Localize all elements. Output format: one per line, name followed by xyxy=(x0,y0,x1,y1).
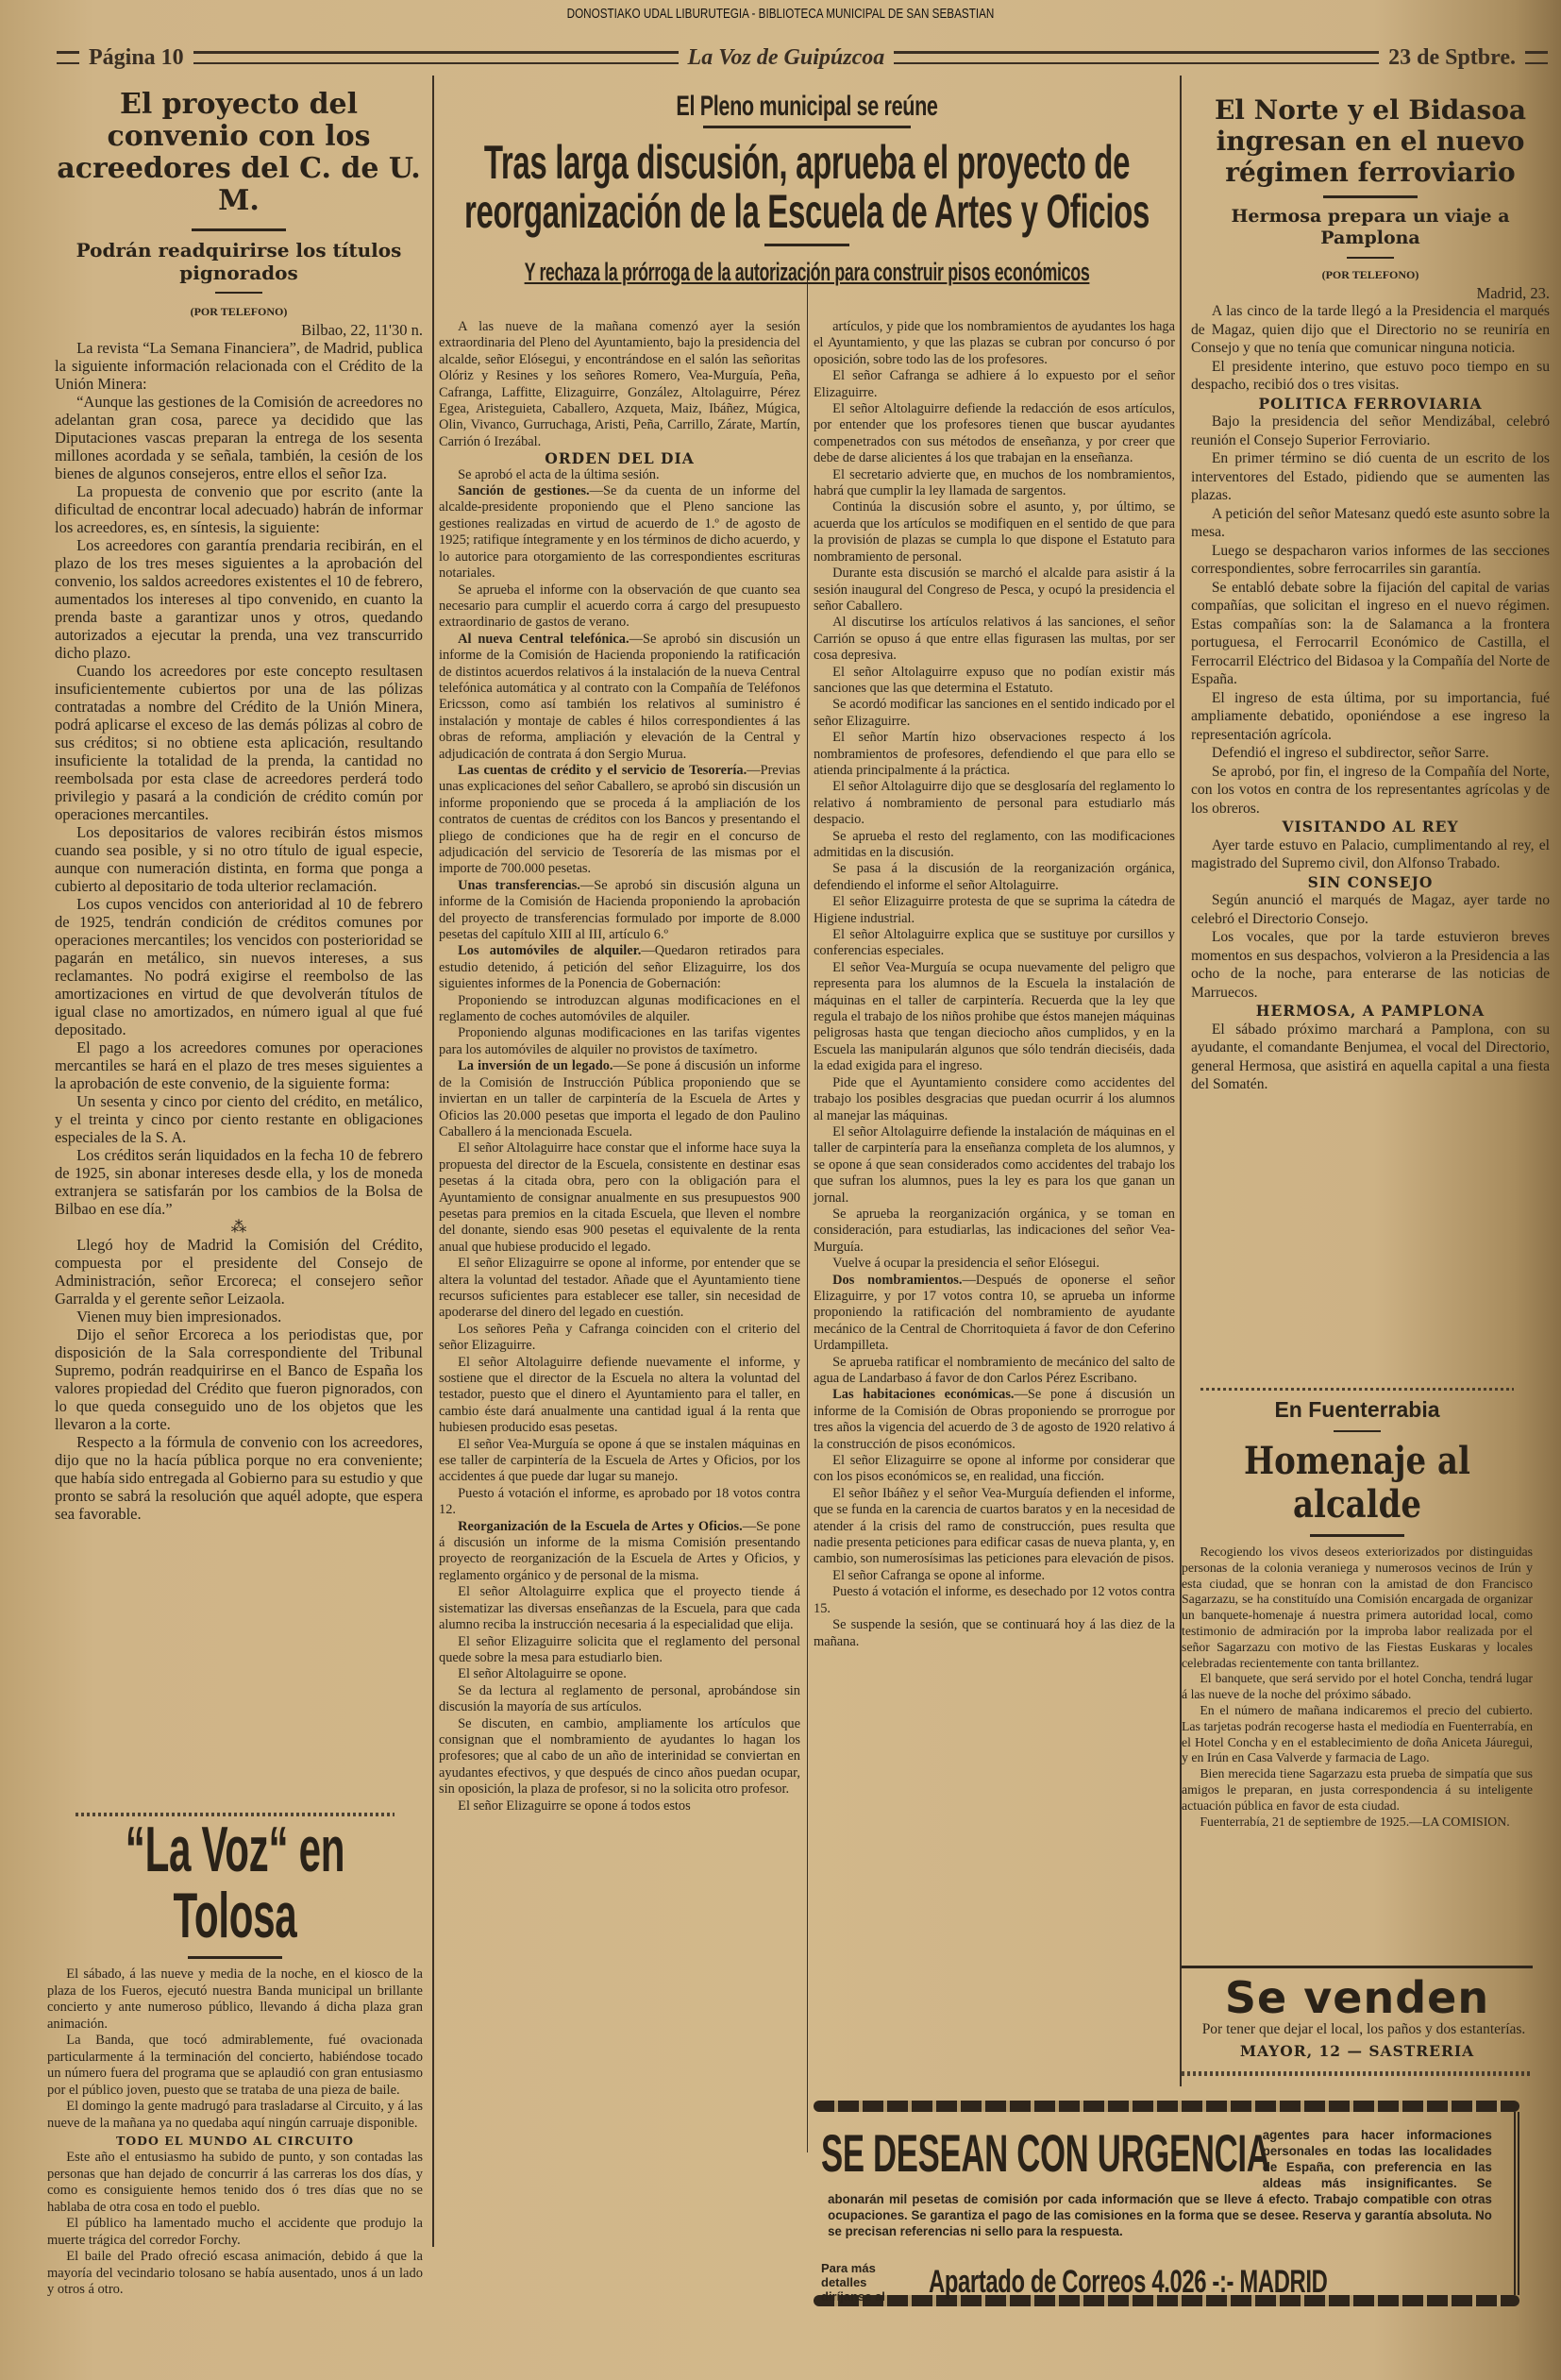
library-banner: DONOSTIAKO UDAL LIBURUTEGIA - BIBLIOTECA… xyxy=(172,6,1389,22)
paragraph: Dos nombramientos.—Después de oponerse e… xyxy=(814,1273,1175,1355)
paragraph: Bien merecida tiene Sagarzazu esta prueb… xyxy=(1182,1766,1533,1814)
paragraph: El señor Altolaguirre expuso que no podí… xyxy=(814,665,1175,698)
paragraph: La Banda, que tocó admirablemente, fué o… xyxy=(47,2033,423,2099)
paragraph-text: El señor Elizaguirre se opone al informe… xyxy=(439,1256,800,1320)
ornament-rule xyxy=(1200,1388,1514,1391)
paragraph-lead: Las cuentas de crédito y el servicio de … xyxy=(458,763,747,778)
section-subhead: POLITICA FERROVIARIA xyxy=(1191,395,1550,414)
paragraph: Se discuten, en cambio, ampliamente los … xyxy=(439,1716,800,1798)
paragraph: El presidente interino, que estuvo poco … xyxy=(1191,358,1550,395)
paragraph-text: Se aprueba la reorganización orgánica, y… xyxy=(814,1207,1175,1255)
paragraph-text: El señor Vea-Murguía se opone á que se i… xyxy=(439,1437,800,1485)
paragraph: Se aprobó el acta de la última sesión. xyxy=(439,467,800,483)
article-body: Este año el entusiasmo ha subido de punt… xyxy=(47,2150,423,2299)
article-body: Recogiendo los vivos deseos exteriorizad… xyxy=(1182,1544,1533,1830)
paragraph-text: Los vocales, que por la tarde estuvieron… xyxy=(1191,929,1550,1001)
paragraph: Los señores Peña y Cafranga coinciden co… xyxy=(439,1322,800,1355)
article-kicker: En Fuenterrabia xyxy=(1182,1396,1533,1423)
paragraph: El señor Elizaguirre se opone al informe… xyxy=(814,1453,1175,1486)
article-subhead: Podrán readquirirse los títulos pignorad… xyxy=(55,239,423,284)
ad-contact: Apartado de Correos 4.026 -:- MADRID xyxy=(929,2264,1327,2301)
ad-se-venden: Se venden Por tener que dejar el local, … xyxy=(1182,1966,1533,2082)
article-headline: El proyecto del convenio con los acreedo… xyxy=(55,89,423,217)
paragraph: Los cupos vencidos con anterioridad al 1… xyxy=(55,895,423,1038)
paragraph: El señor Altolaguirre dijo que se desglo… xyxy=(814,779,1175,828)
paragraph: A las nueve de la mañana comenzó ayer la… xyxy=(439,319,800,450)
paragraph-text: A las cinco de la tarde llegó a la Presi… xyxy=(1191,303,1550,356)
paragraph: Respecto a la fórmula de convenio con lo… xyxy=(55,1433,423,1523)
paragraph: Recogiendo los vivos deseos exteriorizad… xyxy=(1182,1544,1533,1671)
paragraph: La propuesta de convenio que por escrito… xyxy=(55,482,423,536)
rule xyxy=(764,244,849,246)
article-pleno-header: El Pleno municipal se reúne Tras larga d… xyxy=(439,90,1175,288)
paragraph-text: El secretario advierte que, en muchos de… xyxy=(814,467,1175,498)
section-subhead: HERMOSA, A PAMPLONA xyxy=(1191,1002,1550,1021)
ornament-rule xyxy=(1182,2071,1533,2076)
paragraph-text: El señor Altolaguirre se opone. xyxy=(458,1666,627,1681)
paragraph-text: Proponiendo algunas modificaciones en la… xyxy=(439,1025,800,1056)
paragraph-text: Luego se despacharon varios informes de … xyxy=(1191,543,1550,578)
paragraph-text: Se aprueba el resto del reglamento, con … xyxy=(814,829,1175,860)
paragraph: Se pasa á la discusión de la reorganizac… xyxy=(814,861,1175,894)
paragraph: Durante esta discusión se marchó el alca… xyxy=(814,565,1175,615)
masthead-rule xyxy=(193,51,679,64)
paragraph: El señor Altolaguirre explica que el pro… xyxy=(439,1584,800,1633)
paragraph: Los acreedores con garantía prendaria re… xyxy=(55,536,423,662)
paragraph-text: Se aprueba el informe con la observación… xyxy=(439,582,800,631)
paragraph-text: Se entabló debate sobre la fijación del … xyxy=(1191,580,1550,688)
paragraph: Bajo la presidencia del señor Mendizábal… xyxy=(1191,413,1550,449)
rule xyxy=(192,228,286,231)
rule xyxy=(1310,1534,1404,1537)
paragraph-text: El señor Martín hizo observaciones respe… xyxy=(814,730,1175,778)
paragraph: Puesto á votación el informe, es desecha… xyxy=(814,1584,1175,1617)
paragraph: El sábado, á las nueve y media de la noc… xyxy=(47,1966,423,2033)
paragraph-text: Pide que el Ayuntamiento considere como … xyxy=(814,1075,1175,1123)
paragraph-text: El señor Altolaguirre defiende nuevament… xyxy=(439,1355,800,1436)
paragraph-text: El señor Vea-Murguía se ocupa nuevamente… xyxy=(814,960,1175,1073)
paragraph: Defendió el ingreso el subdirector, seño… xyxy=(1191,744,1550,763)
paragraph-text: Continúa la discusión sobre el asunto, y… xyxy=(814,499,1175,564)
paragraph-text: Vuelve á ocupar la presidencia el señor … xyxy=(832,1256,1099,1271)
paragraph: El señor Vea-Murguía se ocupa nuevamente… xyxy=(814,960,1175,1075)
paragraph-text: El señor Elizaguirre se opone al informe… xyxy=(814,1453,1175,1484)
paragraph-text: Se suspende la sesión, que se continuará… xyxy=(814,1617,1175,1648)
column-divider xyxy=(807,274,808,2152)
paragraph: Se aprueba la reorganización orgánica, y… xyxy=(814,1207,1175,1256)
masthead-rule xyxy=(1525,51,1548,64)
paragraph: El señor Martín hizo observaciones respe… xyxy=(814,730,1175,779)
paragraph: El secretario advierte que, en muchos de… xyxy=(814,467,1175,500)
rule xyxy=(1182,1966,1533,1968)
paragraph: Se acordó modificar las sanciones en el … xyxy=(814,697,1175,730)
paragraph-text: A petición del señor Matesanz quedó este… xyxy=(1191,506,1550,541)
article-body: La revista “La Semana Financiera”, de Ma… xyxy=(55,339,423,1523)
article-headline: El Norte y el Bidasoa ingresan en el nue… xyxy=(1191,94,1550,188)
ornament-border xyxy=(814,2101,1519,2112)
paragraph-text: A las nueve de la mañana comenzó ayer la… xyxy=(439,319,800,449)
ad-headline: Se venden xyxy=(1182,1974,1533,2021)
paragraph-text: Según anunció el marqués de Magaz, ayer … xyxy=(1191,892,1550,927)
paragraph-text: Puesto á votación el informe, es desecha… xyxy=(814,1584,1175,1615)
paragraph: Proponiendo algunas modificaciones en la… xyxy=(439,1025,800,1058)
paragraph-lead: Al nueva Central telefónica. xyxy=(458,632,629,647)
paragraph-text: Durante esta discusión se marchó el alca… xyxy=(814,565,1175,614)
dateline: Madrid, 23. xyxy=(1191,284,1550,302)
paragraph-text: El señor Altolaguirre defiende la instal… xyxy=(814,1124,1175,1206)
paragraph-lead: Sanción de gestiones. xyxy=(458,483,589,498)
paragraph-text: Defendió el ingreso el subdirector, seño… xyxy=(1212,745,1489,761)
paragraph-text: Se discuten, en cambio, ampliamente los … xyxy=(439,1716,800,1798)
paragraph: Proponiendo se introduzcan algunas modif… xyxy=(439,993,800,1026)
paragraph: Al nueva Central telefónica.—Se aprobó s… xyxy=(439,632,800,763)
newspaper-name: La Voz de Guipúzcoa xyxy=(688,45,885,71)
paragraph: Cuando los acreedores por este concepto … xyxy=(55,662,423,823)
paragraph: Se suspende la sesión, que se continuará… xyxy=(814,1617,1175,1650)
paragraph-text: El señor Altolaguirre explica que se sus… xyxy=(814,927,1175,958)
paragraph-text: —Previas unas explicaciones del señor Ca… xyxy=(439,763,800,876)
column-divider xyxy=(432,76,434,2247)
separator-mark: ⁂ xyxy=(55,1218,423,1236)
paragraph: El baile del Prado ofreció escasa animac… xyxy=(47,2249,423,2299)
paragraph-text: Al discutirse los artículos relativos á … xyxy=(814,615,1175,663)
masthead-rule xyxy=(57,51,79,64)
paragraph-text: Puesto á votación el informe, es aprobad… xyxy=(439,1486,800,1517)
paragraph: Se aprueba ratificar el nombramiento de … xyxy=(814,1355,1175,1388)
paragraph-text: El señor Cafranga se opone al informe. xyxy=(832,1568,1045,1583)
paragraph-lead: Unas transferencias. xyxy=(458,878,580,893)
article-body: El sábado, á las nueve y media de la noc… xyxy=(47,1966,423,2132)
rule xyxy=(1334,1430,1381,1432)
masthead: Página 10 La Voz de Guipúzcoa 23 de Sptb… xyxy=(57,43,1548,72)
paragraph: El señor Altolaguirre defiende la redacc… xyxy=(814,401,1175,467)
paragraph: El señor Elizaguirre se opone al informe… xyxy=(439,1256,800,1322)
paragraph: Un sesenta y cinco por ciento del crédit… xyxy=(55,1092,423,1146)
paragraph: A petición del señor Matesanz quedó este… xyxy=(1191,505,1550,542)
paragraph-lead: Los automóviles de alquiler. xyxy=(458,943,641,958)
rule xyxy=(1347,257,1394,259)
paragraph-text: En primer término se dió cuenta de un es… xyxy=(1191,450,1550,503)
article-homenaje: En Fuenterrabia Homenaje al alcalde Reco… xyxy=(1182,1388,1533,1830)
paragraph: El señor Ibáñez y el señor Vea-Murguía d… xyxy=(814,1486,1175,1568)
paragraph: En primer término se dió cuenta de un es… xyxy=(1191,449,1550,505)
paragraph: Los automóviles de alquiler.—Quedaron re… xyxy=(439,943,800,992)
article-norte: El Norte y el Bidasoa ingresan en el nue… xyxy=(1191,83,1550,1094)
paragraph: El banquete, que será servido por el hot… xyxy=(1182,1671,1533,1703)
paragraph: El público ha lamentado mucho el acciden… xyxy=(47,2216,423,2249)
article-pleno-col-a: A las nueve de la mañana comenzó ayer la… xyxy=(439,319,800,1815)
rule xyxy=(1323,195,1418,198)
rule xyxy=(188,1956,282,1959)
ad-address: MAYOR, 12 — SASTRERIA xyxy=(1182,2042,1533,2060)
paragraph: El pago a los acreedores comunes por ope… xyxy=(55,1038,423,1092)
paragraph-text: Se acordó modificar las sanciones en el … xyxy=(814,697,1175,728)
paragraph: Este año el entusiasmo ha subido de punt… xyxy=(47,2150,423,2216)
paragraph: Las cuentas de crédito y el servicio de … xyxy=(439,763,800,878)
article-body: A las cinco de la tarde llegó a la Presi… xyxy=(1191,302,1550,1094)
ad-text-block: agentes para hacer informaciones persona… xyxy=(828,2127,1492,2239)
paragraph-lead: Las habitaciones económicas. xyxy=(832,1387,1014,1402)
article-convenio: El proyecto del convenio con los acreedo… xyxy=(55,83,423,1523)
paragraph: Ayer tarde estuvo en Palacio, cumpliment… xyxy=(1191,836,1550,873)
paragraph: Se aprueba el informe con la observación… xyxy=(439,582,800,632)
paragraph: La revista “La Semana Financiera”, de Ma… xyxy=(55,339,423,393)
rule xyxy=(215,292,262,294)
rule xyxy=(703,126,911,128)
paragraph: El señor Vea-Murguía se opone á que se i… xyxy=(439,1437,800,1486)
paragraph: El señor Altolaguirre defiende la instal… xyxy=(814,1124,1175,1207)
paragraph: El señor Elizaguirre protesta de que se … xyxy=(814,894,1175,927)
article-headline: Homenaje al alcalde xyxy=(1208,1440,1506,1527)
paragraph: El señor Altolaguirre se opone. xyxy=(439,1666,800,1682)
paragraph: Dijo el señor Ercoreca a los periodistas… xyxy=(55,1325,423,1433)
paragraph: El señor Cafranga se adhiere á lo expues… xyxy=(814,368,1175,401)
paragraph-text: El señor Cafranga se adhiere á lo expues… xyxy=(814,368,1175,399)
paragraph: Los depositarios de valores recibirán és… xyxy=(55,823,423,895)
paragraph: Llegó hoy de Madrid la Comisión del Créd… xyxy=(55,1236,423,1308)
byline: (POR TELEFONO) xyxy=(1191,266,1550,284)
paragraph-text: Se pasa á la discusión de la reorganizac… xyxy=(814,861,1175,892)
paragraph: Se da lectura al reglamento de personal,… xyxy=(439,1683,800,1716)
paragraph-lead: Dos nombramientos. xyxy=(832,1273,962,1288)
paragraph-lead: La inversión de un legado. xyxy=(458,1058,613,1073)
paragraph: Las habitaciones económicas.—Se pone á d… xyxy=(814,1387,1175,1453)
paragraph: Pide que el Ayuntamiento considere como … xyxy=(814,1075,1175,1124)
paragraph-text: El señor Altolaguirre explica que el pro… xyxy=(439,1584,800,1632)
ad-se-desean: SE DESEAN CON URGENCIA agentes para hace… xyxy=(814,2101,1519,2306)
paragraph-text: El señor Elizaguirre protesta de que se … xyxy=(814,894,1175,925)
paragraph: Sanción de gestiones.—Se da cuenta de un… xyxy=(439,483,800,582)
issue-date: 23 de Sptbre. xyxy=(1388,45,1516,71)
paragraph: A las cinco de la tarde llegó a la Presi… xyxy=(1191,302,1550,358)
paragraph: Vuelve á ocupar la presidencia el señor … xyxy=(814,1256,1175,1272)
paragraph: Al discutirse los artículos relativos á … xyxy=(814,615,1175,664)
paragraph-text: Los señores Peña y Cafranga coinciden co… xyxy=(439,1322,800,1353)
paragraph: El señor Elizaguirre solicita que el reg… xyxy=(439,1634,800,1667)
byline: (POR TELEFONO) xyxy=(55,303,423,321)
section-subhead: VISITANDO AL REY xyxy=(1191,818,1550,836)
paragraph-text: —Se aprobó sin discusión un informe de l… xyxy=(439,632,800,762)
paragraph: Los créditos serán liquidados en la fech… xyxy=(55,1146,423,1218)
paragraph-lead: Reorganización de la Escuela de Artes y … xyxy=(458,1519,743,1534)
paragraph: El señor Altolaguirre defiende nuevament… xyxy=(439,1355,800,1437)
paragraph-text: El ingreso de esta última, por su import… xyxy=(1191,690,1550,743)
article-headline: “La Voz“ en Tolosa xyxy=(119,1816,352,1949)
paragraph-text: El señor Elizaguirre se opone á todos es… xyxy=(458,1798,691,1814)
page-number: Página 10 xyxy=(89,45,184,71)
paragraph: “Aunque las gestiones de la Comisión de … xyxy=(55,393,423,482)
paragraph: La inversión de un legado.—Se pone á dis… xyxy=(439,1058,800,1140)
paragraph-text: artículos, y pide que los nombramientos … xyxy=(814,319,1175,367)
paragraph-text: Se aprobó, por fin, el ingreso de la Com… xyxy=(1191,764,1550,817)
paragraph: Según anunció el marqués de Magaz, ayer … xyxy=(1191,891,1550,928)
paragraph-text: Se da lectura al reglamento de personal,… xyxy=(439,1683,800,1714)
paragraph: Se aprobó, por fin, el ingreso de la Com… xyxy=(1191,763,1550,819)
section-subhead: ORDEN DEL DIA xyxy=(439,450,800,466)
paragraph-text: Proponiendo se introduzcan algunas modif… xyxy=(439,993,800,1024)
paragraph-text: El presidente interino, que estuvo poco … xyxy=(1191,359,1550,394)
paragraph-text: El señor Altolaguirre defiende la redacc… xyxy=(814,401,1175,465)
ad-contact-row: Para más detalles diríjanse al Apartado … xyxy=(821,2261,1499,2304)
paragraph-text: El señor Altolaguirre dijo que se desglo… xyxy=(814,779,1175,827)
paragraph: Puesto á votación el informe, es aprobad… xyxy=(439,1486,800,1519)
article-headline: Tras larga discusión, aprueba el proyect… xyxy=(445,138,1168,236)
paragraph: El señor Altolaguirre hace constar que e… xyxy=(439,1140,800,1256)
masthead-rule xyxy=(894,51,1379,64)
paragraph: Se entabló debate sobre la fijación del … xyxy=(1191,579,1550,689)
article-tolosa: “La Voz“ en Tolosa El sábado, á las nuev… xyxy=(47,1813,423,2299)
paragraph: Reorganización de la Escuela de Artes y … xyxy=(439,1519,800,1585)
paragraph: Continúa la discusión sobre el asunto, y… xyxy=(814,499,1175,565)
article-subhead: Hermosa prepara un viaje a Pamplona xyxy=(1191,206,1550,249)
paragraph: Los vocales, que por la tarde estuvieron… xyxy=(1191,928,1550,1002)
article-pleno-col-b: artículos, y pide que los nombramientos … xyxy=(814,319,1175,1650)
paragraph: El ingreso de esta última, por su import… xyxy=(1191,689,1550,745)
paragraph: Fuenterrabía, 21 de septiembre de 1925.—… xyxy=(1182,1815,1533,1831)
paragraph: artículos, y pide que los nombramientos … xyxy=(814,319,1175,368)
paragraph: En el número de mañana indicaremos el pr… xyxy=(1182,1703,1533,1766)
paragraph: El señor Elizaguirre se opone á todos es… xyxy=(439,1798,800,1815)
paragraph-text: El señor Altolaguirre expuso que no podí… xyxy=(814,665,1175,696)
paragraph: Vienen muy bien impresionados. xyxy=(55,1308,423,1325)
paragraph-text: Se aprobó el acta de la última sesión. xyxy=(458,467,659,482)
paragraph-text: El señor Altolaguirre hace constar que e… xyxy=(439,1140,800,1254)
paragraph-text: Bajo la presidencia del señor Mendizábal… xyxy=(1191,414,1550,448)
paragraph-text: El señor Elizaguirre solicita que el reg… xyxy=(439,1634,800,1665)
paragraph: Unas transferencias.—Se aprobó sin discu… xyxy=(439,878,800,944)
article-subhead: Y rechaza la prórroga de la autorización… xyxy=(452,256,1162,288)
paragraph: Se aprueba el resto del reglamento, con … xyxy=(814,829,1175,862)
paragraph: El señor Altolaguirre explica que se sus… xyxy=(814,927,1175,960)
paragraph-text: Ayer tarde estuvo en Palacio, cumpliment… xyxy=(1191,837,1550,872)
paragraph-text: Se aprueba ratificar el nombramiento de … xyxy=(814,1355,1175,1386)
paragraph-text: El sábado próximo marchará a Pamplona, c… xyxy=(1191,1021,1550,1093)
ad-contact-prefix: Para más detalles diríjanse al xyxy=(821,2261,914,2304)
section-subhead: TODO EL MUNDO AL CIRCUITO xyxy=(47,2132,423,2150)
paragraph: El domingo la gente madrugó para traslad… xyxy=(47,2099,423,2132)
paragraph: El sábado próximo marchará a Pamplona, c… xyxy=(1191,1021,1550,1094)
paragraph-text: El señor Ibáñez y el señor Vea-Murguía d… xyxy=(814,1486,1175,1567)
ad-text: Por tener que dejar el local, los paños … xyxy=(1182,2021,1533,2038)
paragraph: El señor Cafranga se opone al informe. xyxy=(814,1568,1175,1584)
dateline: Bilbao, 22, 11'30 n. xyxy=(55,321,423,339)
paragraph: Luego se despacharon varios informes de … xyxy=(1191,542,1550,579)
article-kicker: El Pleno municipal se reúne xyxy=(542,90,1072,124)
section-subhead: SIN CONSEJO xyxy=(1191,873,1550,892)
